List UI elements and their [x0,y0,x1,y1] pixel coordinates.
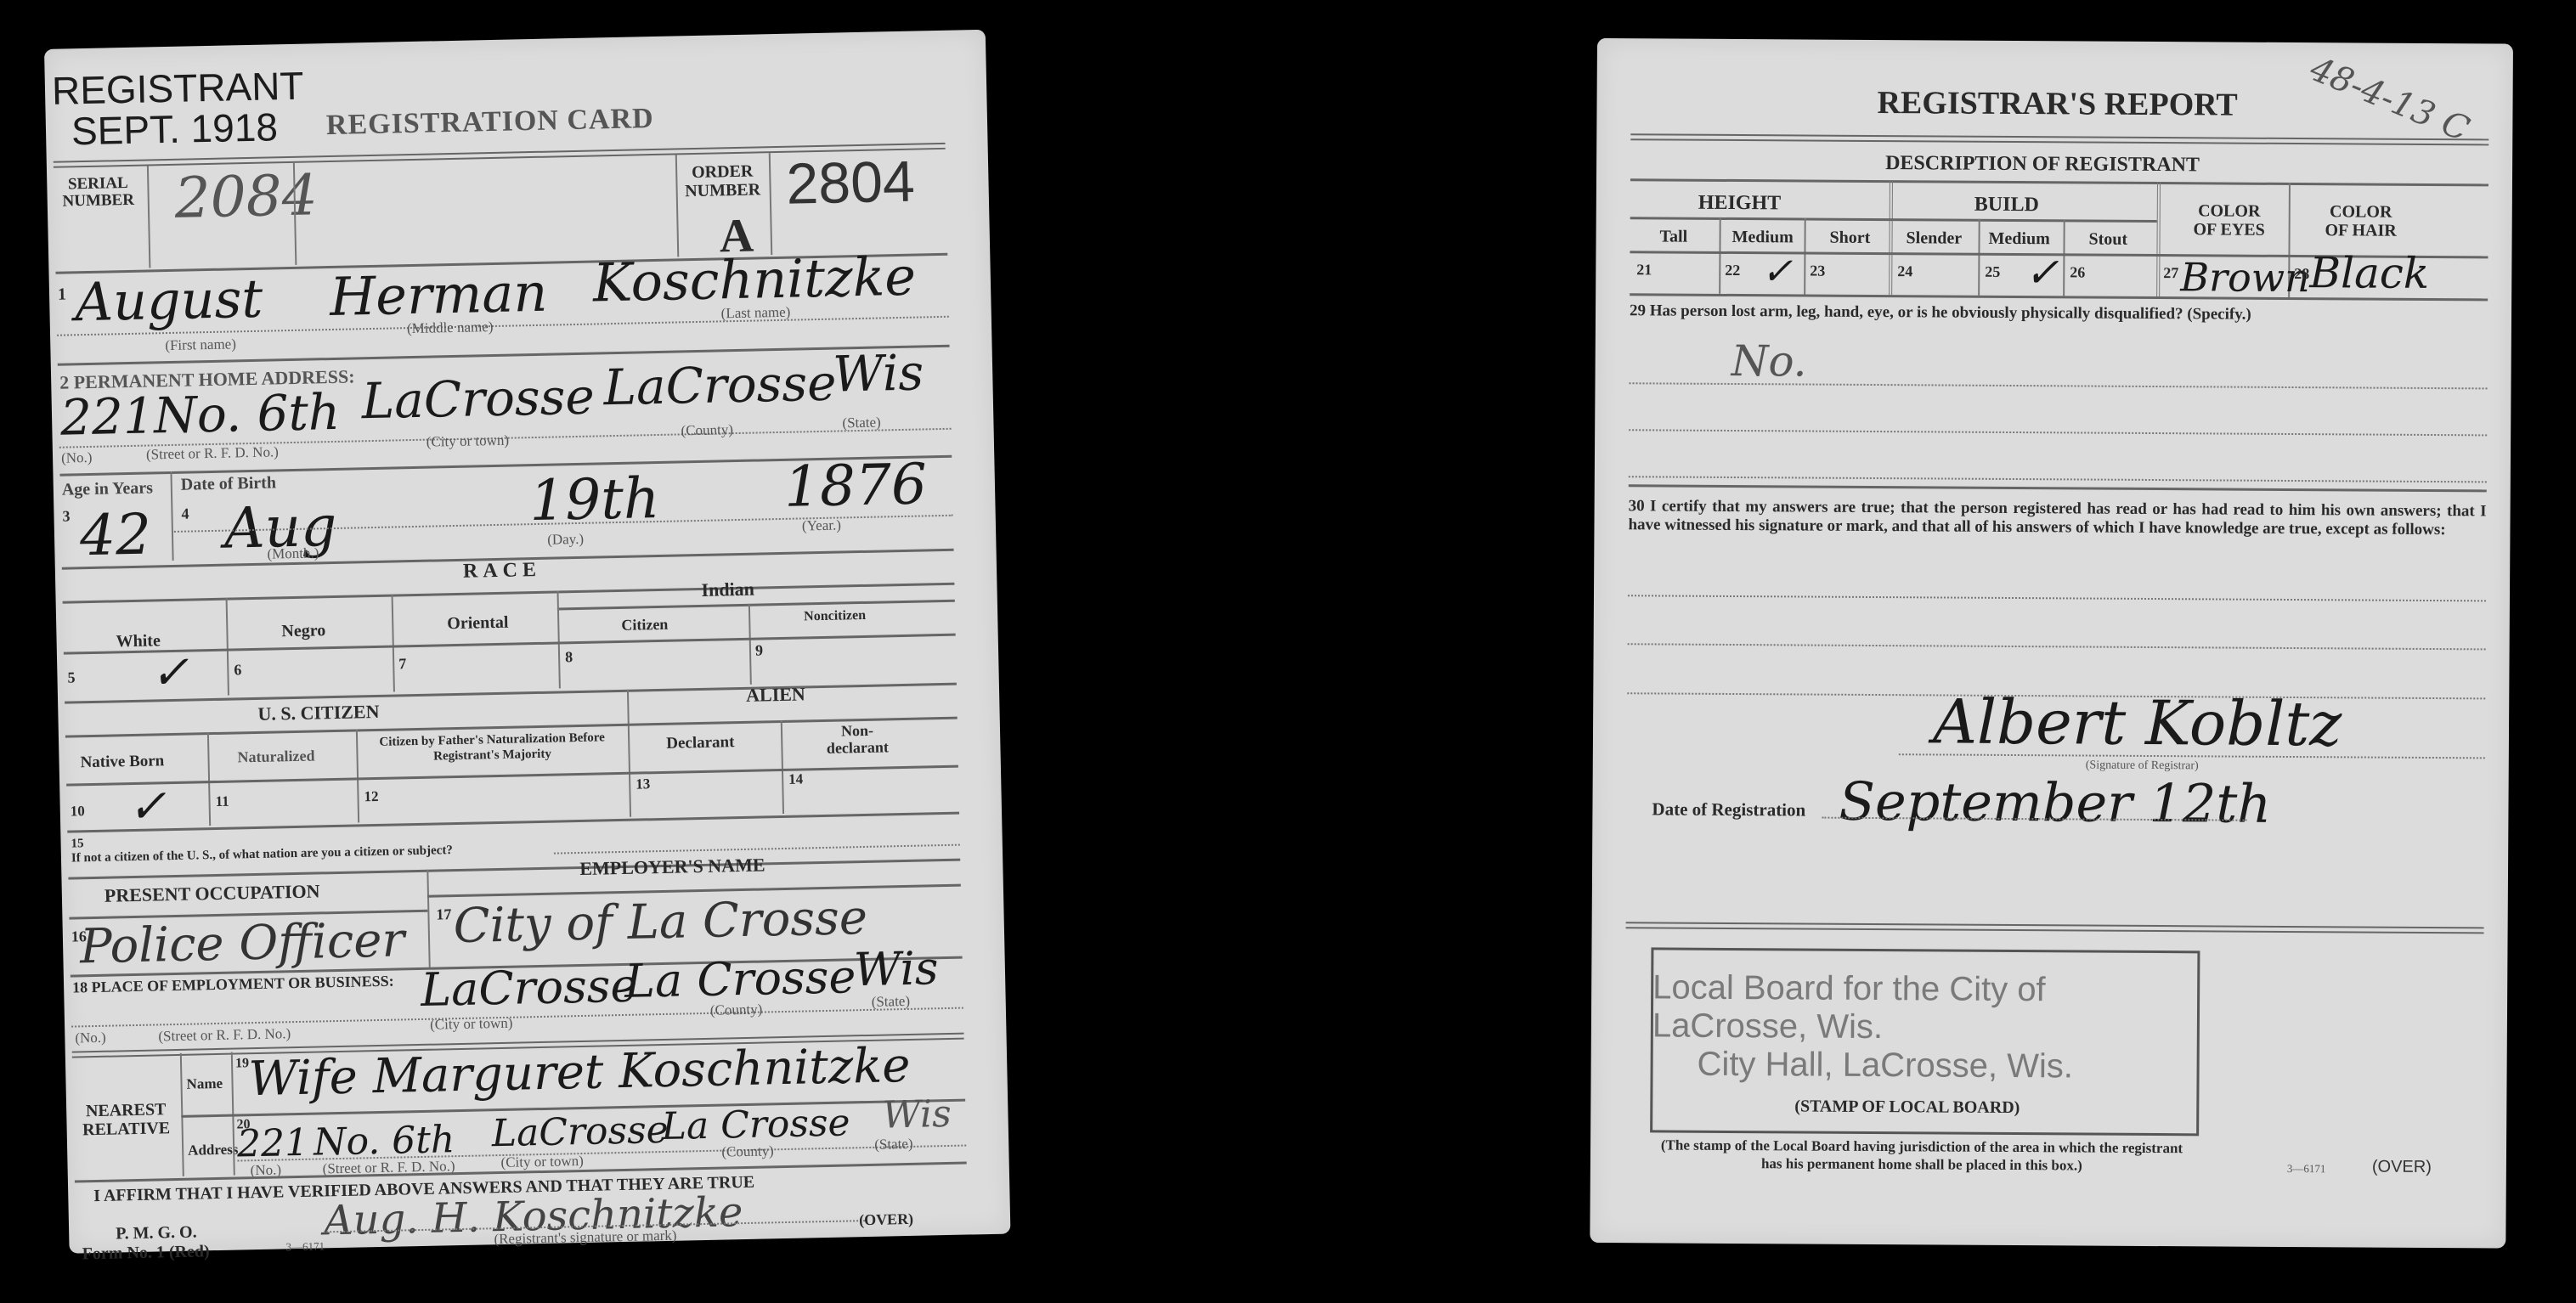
relative-address-county: La Crosse [661,1101,850,1148]
registrant-stamp-date: SEPT. 1918 [71,104,278,154]
stamp-line-2: LaCrosse, Wis. [1652,1007,1883,1046]
date-of-registration-label: Date of Registration [1652,798,1805,821]
date-of-registration-value: September 12th [1839,770,2271,835]
employer-value: City of La Crosse [453,890,868,954]
stamp-caption: (STAMP OF LOCAL BOARD) [1794,1097,2020,1118]
order-number-value: 2804 [786,149,916,217]
q30-certification-text: 30 I certify that my answers are true; t… [1628,497,2486,539]
card-title: REGISTRATION CARD [326,103,654,142]
occupation-header: PRESENT OCCUPATION [105,880,320,906]
archive-code: 48-4-13 C [2304,49,2474,149]
address-no: 221 [59,386,155,446]
employment-county: La Crosse [624,950,856,1008]
employer-header: EMPLOYER'S NAME [579,854,765,880]
serial-number-label: SERIAL NUMBER [55,175,141,211]
middle-name: Herman [329,262,548,328]
q29-answer: No. [1731,336,1807,386]
native-born-check: ✓ [127,779,167,833]
registrars-report-card: 48-4-13 C REGISTRAR'S REPORT DESCRIPTION… [1590,38,2513,1249]
relative-address-city: LaCrosse [491,1108,669,1155]
stamp-line-1: Local Board for the City of [1652,968,2046,1009]
registrar-signature: Albert Kobltz [1933,685,2342,759]
form-agency: P. M. G. O. [116,1223,197,1244]
race-white-check: ✓ [150,646,190,700]
dob-year: 1876 [783,451,928,520]
over-label: (OVER) [2372,1158,2432,1177]
hair-color-value: Black [2309,248,2429,298]
nearest-relative-label: NEAREST RELATIVE [75,1100,178,1140]
race-title: RACE [463,559,542,584]
address-city: LaCrosse [361,368,595,431]
relative-address-state: Wis [882,1092,952,1137]
report-subtitle: DESCRIPTION OF REGISTRANT [1885,152,2200,177]
order-number-label: ORDER NUMBER [684,161,761,200]
first-name: August [74,268,263,334]
last-name: Koschnitzke [592,245,917,314]
serial-number-value: 2084 [174,162,319,231]
us-citizen-title: U. S. CITIZEN [257,701,380,725]
stamp-line-3: City Hall, LaCrosse, Wis. [1697,1046,2073,1086]
q15-label: If not a citizen of the U. S., of what n… [71,843,453,866]
employment-state: Wis [853,941,939,996]
height-medium-check: ✓ [1761,250,1793,293]
build-medium-check: ✓ [2025,249,2059,296]
registration-card: REGISTRANT SEPT. 1918 REGISTRATION CARD … [44,30,1010,1254]
age-value: 42 [79,501,152,568]
employment-city: LaCrosse [421,959,638,1017]
over-label: (OVER) [859,1210,913,1229]
stamp-note: (The stamp of the Local Board having jur… [1650,1136,2194,1175]
report-title: REGISTRAR'S REPORT [1877,84,2237,124]
address-state: Wis [833,343,924,403]
address-street: No. 6th [153,383,340,445]
eye-color-value: Brown [2180,254,2310,301]
form-number: Form No. 1 (Red) [82,1242,209,1264]
q29-text: 29 Has person lost arm, leg, hand, eye, … [1630,302,2488,325]
alien-title: ALIEN [746,683,805,706]
address-county: LaCrosse [603,354,837,417]
occupation-value: Police Officer [79,912,404,974]
